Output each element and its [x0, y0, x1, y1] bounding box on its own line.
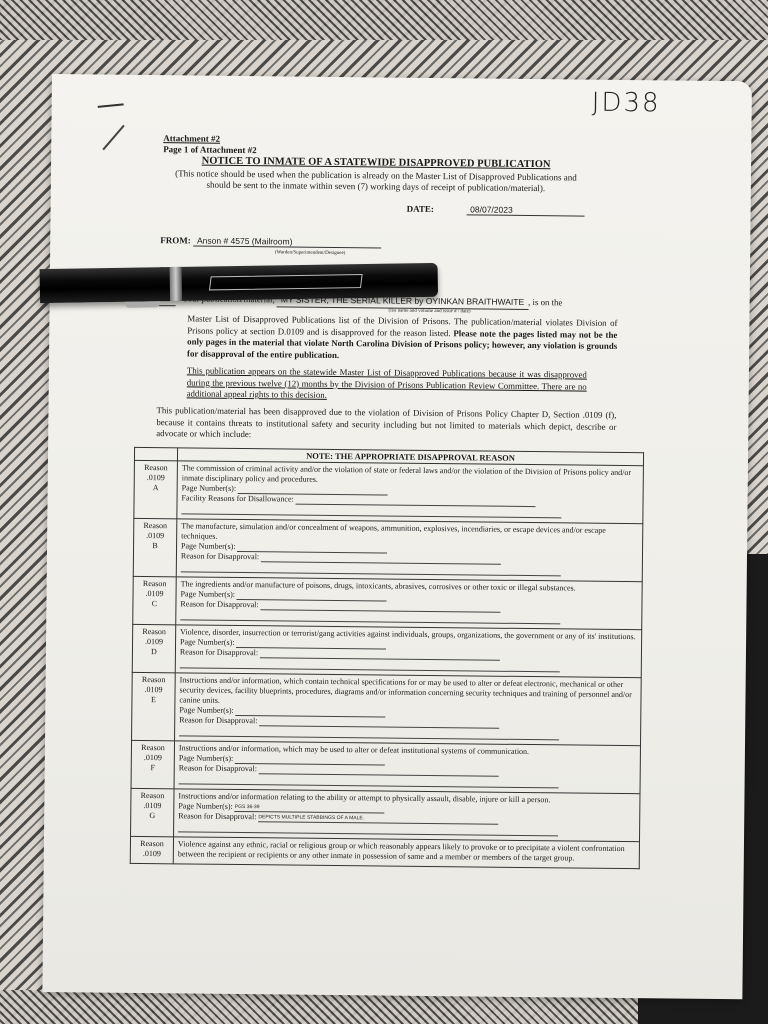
page-numbers-label: Page Number(s): [179, 705, 234, 715]
reason-letter: G [132, 811, 172, 821]
reason-cell: The manufacture, simulation and/or conce… [176, 519, 643, 582]
reason-value [260, 648, 500, 661]
appeal-notice-text: This publication appears on the statewid… [187, 365, 587, 390]
notice-document: JD38 Attachment #2 Page 1 of Attachment … [42, 74, 752, 999]
reason-cell: Violence, disorder, insurrection or terr… [175, 625, 641, 678]
reason-code: Reason.0109E [132, 672, 176, 740]
reason-code: Reason.0109D [132, 624, 176, 672]
reason-cell: The ingredients and/or manufacture of po… [176, 577, 642, 630]
reason-word: Reason [134, 627, 174, 637]
document-subtitle: (This notice should be used when the pub… [161, 168, 591, 195]
reason-label: Facility Reasons for Disallowance: [182, 493, 294, 503]
reason-section: .0109 [132, 849, 172, 859]
table-row: Reason.0109Violence against any ethnic, … [130, 836, 639, 868]
from-field: FROM: Anson # 4575 (Mailroom) [160, 235, 381, 248]
reason-word: Reason [134, 675, 174, 685]
reason-value [261, 600, 501, 613]
reason-letter: E [133, 695, 173, 705]
attachment-header: Attachment #2 Page 1 of Attachment #2 [163, 133, 257, 156]
reason-letter: D [134, 647, 174, 657]
blank-line [178, 823, 558, 836]
from-label: FROM: [160, 235, 191, 245]
pen [40, 263, 438, 303]
publication-caption: (list name and volume and issue # / date… [330, 308, 530, 315]
reason-section: .0109 [132, 801, 172, 811]
pen-band [170, 267, 183, 301]
reason-cell: Violence against any ethnic, racial or r… [173, 837, 639, 869]
disapproval-reasons-table: NOTE: THE APPROPRIATE DISAPPROVAL REASON… [130, 447, 644, 869]
reason-value [261, 552, 501, 565]
reason-code: Reason.0109B [133, 518, 177, 576]
reason-letter: C [134, 599, 174, 609]
reason-cell: The commission of criminal activity and/… [177, 461, 644, 524]
page-numbers-label: Page Number(s): [181, 589, 236, 599]
reason-section: .0109 [136, 473, 176, 483]
reason-section: .0109 [135, 589, 175, 599]
handwritten-label: JD38 [592, 88, 661, 119]
page-numbers-label: Page Number(s): [180, 637, 235, 647]
reason-letter: F [133, 763, 173, 773]
table-row: Reason.0109DViolence, disorder, insurrec… [132, 624, 641, 677]
blank-line [179, 727, 559, 740]
reason-label: Reason for Disapproval: [180, 599, 258, 609]
reason-cell: Instructions and/or information, which m… [174, 741, 640, 794]
reason-cell: Instructions and/or information relating… [174, 789, 640, 842]
reason-cell: Instructions and/or information, which c… [175, 673, 642, 746]
reason-word: Reason [132, 791, 172, 801]
reason-label: Reason for Disapproval: [181, 551, 259, 561]
reason-label: Reason for Disapproval: [179, 763, 257, 773]
reason-word: Reason [132, 839, 172, 849]
blank-line [180, 611, 560, 624]
reason-code: Reason.0109C [133, 576, 177, 624]
page-numbers-label: Page Number(s): [179, 753, 234, 763]
policy-paragraph: This publication/material has been disap… [156, 405, 616, 444]
page-numbers-label: Page Number(s): [181, 541, 236, 551]
reason-word: Reason [133, 743, 173, 753]
pen-mark [102, 125, 124, 150]
reason-description: Instructions and/or information, which c… [179, 675, 636, 710]
date-field: DATE: 08/07/2023 [407, 204, 585, 217]
pen-window [209, 274, 363, 290]
reason-section: .0109 [133, 753, 173, 763]
reason-description: Violence against any ethnic, racial or r… [178, 839, 635, 864]
reason-value [296, 495, 536, 508]
background-fabric [0, 0, 768, 40]
table-row: Reason.0109FInstructions and/or informat… [131, 740, 640, 793]
reason-code: Reason.0109A [134, 460, 178, 518]
reason-code: Reason.0109G [131, 788, 175, 836]
reason-code: Reason.0109F [131, 740, 175, 788]
pen-mark [98, 103, 124, 107]
reason-value: DEPICTS MULTIPLE STABBINGS OF A MALE. [258, 812, 498, 825]
reason-code: Reason.0109 [130, 836, 173, 863]
blank-line [180, 659, 560, 672]
reason-letter: A [136, 483, 176, 493]
reason-word: Reason [135, 579, 175, 589]
table-row: Reason.0109CThe ingredients and/or manuf… [133, 576, 642, 629]
table-row: Reason.0109GInstructions and/or informat… [131, 788, 640, 841]
blank-line [181, 505, 561, 518]
pen-clip [125, 301, 160, 308]
date-value: 08/07/2023 [466, 204, 584, 216]
reason-letter: B [135, 541, 175, 551]
reason-section: .0109 [135, 531, 175, 541]
table-row: Reason.0109EInstructions and/or informat… [132, 672, 642, 745]
blank-line [181, 563, 561, 576]
page-numbers-label: Page Number(s): [178, 801, 233, 811]
notice-tail: , is on the [528, 297, 562, 307]
from-caption: (Warden/Superintendent/Designee) [220, 250, 400, 257]
reason-label: Reason for Disapproval: [180, 647, 258, 657]
reason-value [259, 716, 499, 729]
table-header-blank [134, 447, 177, 460]
table-row: Reason.0109AThe commission of criminal a… [134, 460, 644, 523]
date-label: DATE: [407, 204, 434, 214]
reason-label: Reason for Disapproval: [179, 715, 257, 725]
blank-line [179, 775, 559, 788]
notice-body: Master List of Disapproved Publications … [187, 313, 617, 364]
table-row: Reason.0109BThe manufacture, simulation … [133, 518, 643, 581]
appeal-notice: This publication appears on the statewid… [187, 365, 587, 404]
reason-label: Reason for Disapproval: [178, 811, 256, 821]
reason-section: .0109 [134, 685, 174, 695]
reason-section: .0109 [134, 637, 174, 647]
from-value: Anson # 4575 (Mailroom) [193, 235, 381, 248]
reason-word: Reason [136, 463, 176, 473]
reason-word: Reason [135, 521, 175, 531]
reason-value [259, 764, 499, 777]
page-numbers-label: Page Number(s): [182, 483, 237, 493]
